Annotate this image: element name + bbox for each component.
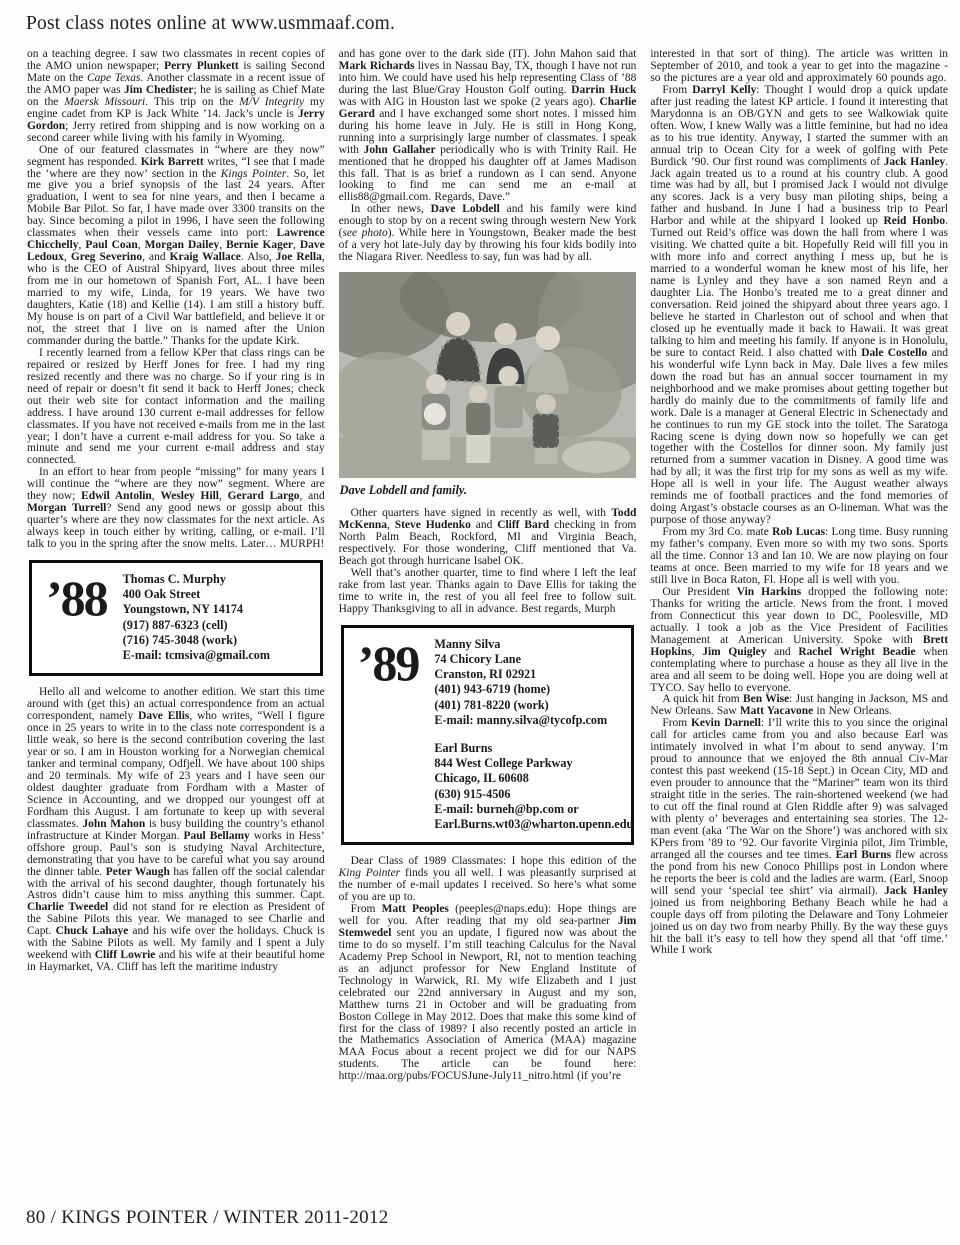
- class-88-contact-box: ’88 Thomas C. Murphy400 Oak StreetYoungs…: [29, 560, 323, 676]
- contact-line: Thomas C. Murphy: [123, 572, 270, 587]
- page-header-note: Post class notes online at www.usmmaaf.c…: [0, 0, 960, 35]
- photo-block: Dave Lobdell and family.: [339, 272, 637, 498]
- photo-caption: Dave Lobdell and family.: [340, 483, 637, 498]
- contact-line: Earl.Burns.wt03@wharton.upenn.edu: [434, 817, 633, 832]
- column-1: on a teaching degree. I saw two classmat…: [27, 49, 325, 1193]
- paragraph: From Darryl Kelly: Thought I would drop …: [650, 85, 948, 527]
- column1-paragraphs-top: on a teaching degree. I saw two classmat…: [27, 49, 325, 551]
- contact-line: (630) 915-4506: [434, 787, 633, 802]
- class-year-89-label: ’89: [358, 637, 419, 686]
- contact-line: Earl Burns: [434, 741, 633, 756]
- contact-line: (401) 943-6719 (home): [434, 682, 633, 697]
- contact-group: Thomas C. Murphy400 Oak StreetYoungstown…: [123, 572, 270, 663]
- column-layout: on a teaching degree. I saw two classmat…: [0, 35, 960, 1193]
- paragraph: Our President Vin Harkins dropped the fo…: [650, 587, 948, 695]
- contact-line: Manny Silva: [434, 637, 633, 652]
- paragraph: and has gone over to the dark side (IT).…: [339, 49, 637, 204]
- magazine-page: Post class notes online at www.usmmaaf.c…: [0, 0, 960, 1245]
- column1-paragraphs-bottom: Hello all and welcome to another edition…: [27, 687, 325, 974]
- paragraph: In other news, Dave Lobdell and his fami…: [339, 204, 637, 264]
- paragraph: From Kevin Darnell: I’ll write this to y…: [650, 718, 948, 957]
- paragraph: One of our featured classmates in “where…: [27, 145, 325, 348]
- contact-line: (917) 887-6323 (cell): [123, 618, 270, 633]
- column2-paragraphs-middle: Other quarters have signed in recently a…: [339, 508, 637, 616]
- paragraph: From my 3rd Co. mate Rob Lucas: Long tim…: [650, 527, 948, 587]
- paragraph: I recently learned from a fellow KPer th…: [27, 348, 325, 468]
- family-photo: [339, 272, 637, 478]
- class-89-contacts: Manny Silva74 Chicory LaneCranston, RI 0…: [434, 637, 633, 832]
- column3-paragraphs: interested in that sort of thing). The a…: [650, 49, 948, 957]
- paragraph: Other quarters have signed in recently a…: [339, 508, 637, 568]
- contact-group: Earl Burns844 West College ParkwayChicag…: [434, 741, 633, 832]
- class-88-contacts: Thomas C. Murphy400 Oak StreetYoungstown…: [123, 572, 270, 663]
- contact-line: Cranston, RI 02921: [434, 667, 633, 682]
- column2-paragraphs-top: and has gone over to the dark side (IT).…: [339, 49, 637, 264]
- paragraph: Well that’s another quarter, time to fin…: [339, 568, 637, 616]
- class-89-contact-box: ’89 Manny Silva74 Chicory LaneCranston, …: [341, 625, 635, 845]
- contact-line: E-mail: tcmsiva@gmail.com: [123, 648, 270, 663]
- paragraph: on a teaching degree. I saw two classmat…: [27, 49, 325, 145]
- contact-line: E-mail: burneh@bp.com or: [434, 802, 633, 817]
- paragraph: In an effort to hear from people “missin…: [27, 467, 325, 551]
- contact-group: Manny Silva74 Chicory LaneCranston, RI 0…: [434, 637, 633, 728]
- column-2: and has gone over to the dark side (IT).…: [339, 49, 637, 1193]
- paragraph: Dear Class of 1989 Classmates: I hope th…: [339, 856, 637, 904]
- contact-line: 844 West College Parkway: [434, 756, 633, 771]
- contact-line: E-mail: manny.silva@tycofp.com: [434, 713, 633, 728]
- contact-line: Youngstown, NY 14174: [123, 602, 270, 617]
- contact-line: Chicago, IL 60608: [434, 771, 633, 786]
- contact-line: (716) 745-3048 (work): [123, 633, 270, 648]
- paragraph: interested in that sort of thing). The a…: [650, 49, 948, 85]
- contact-line: 74 Chicory Lane: [434, 652, 633, 667]
- page-footer: 80 / KINGS POINTER / WINTER 2011-2012: [26, 1207, 389, 1229]
- paragraph: From Matt Peoples (peeples@naps.edu): Ho…: [339, 904, 637, 1083]
- column-3: interested in that sort of thing). The a…: [650, 49, 948, 1193]
- paragraph: Hello all and welcome to another edition…: [27, 687, 325, 974]
- contact-line: 400 Oak Street: [123, 587, 270, 602]
- paragraph: A quick hit from Ben Wise: Just hanging …: [650, 694, 948, 718]
- contact-line: (401) 781-8220 (work): [434, 698, 633, 713]
- column2-paragraphs-bottom: Dear Class of 1989 Classmates: I hope th…: [339, 856, 637, 1083]
- class-year-88-label: ’88: [46, 572, 107, 621]
